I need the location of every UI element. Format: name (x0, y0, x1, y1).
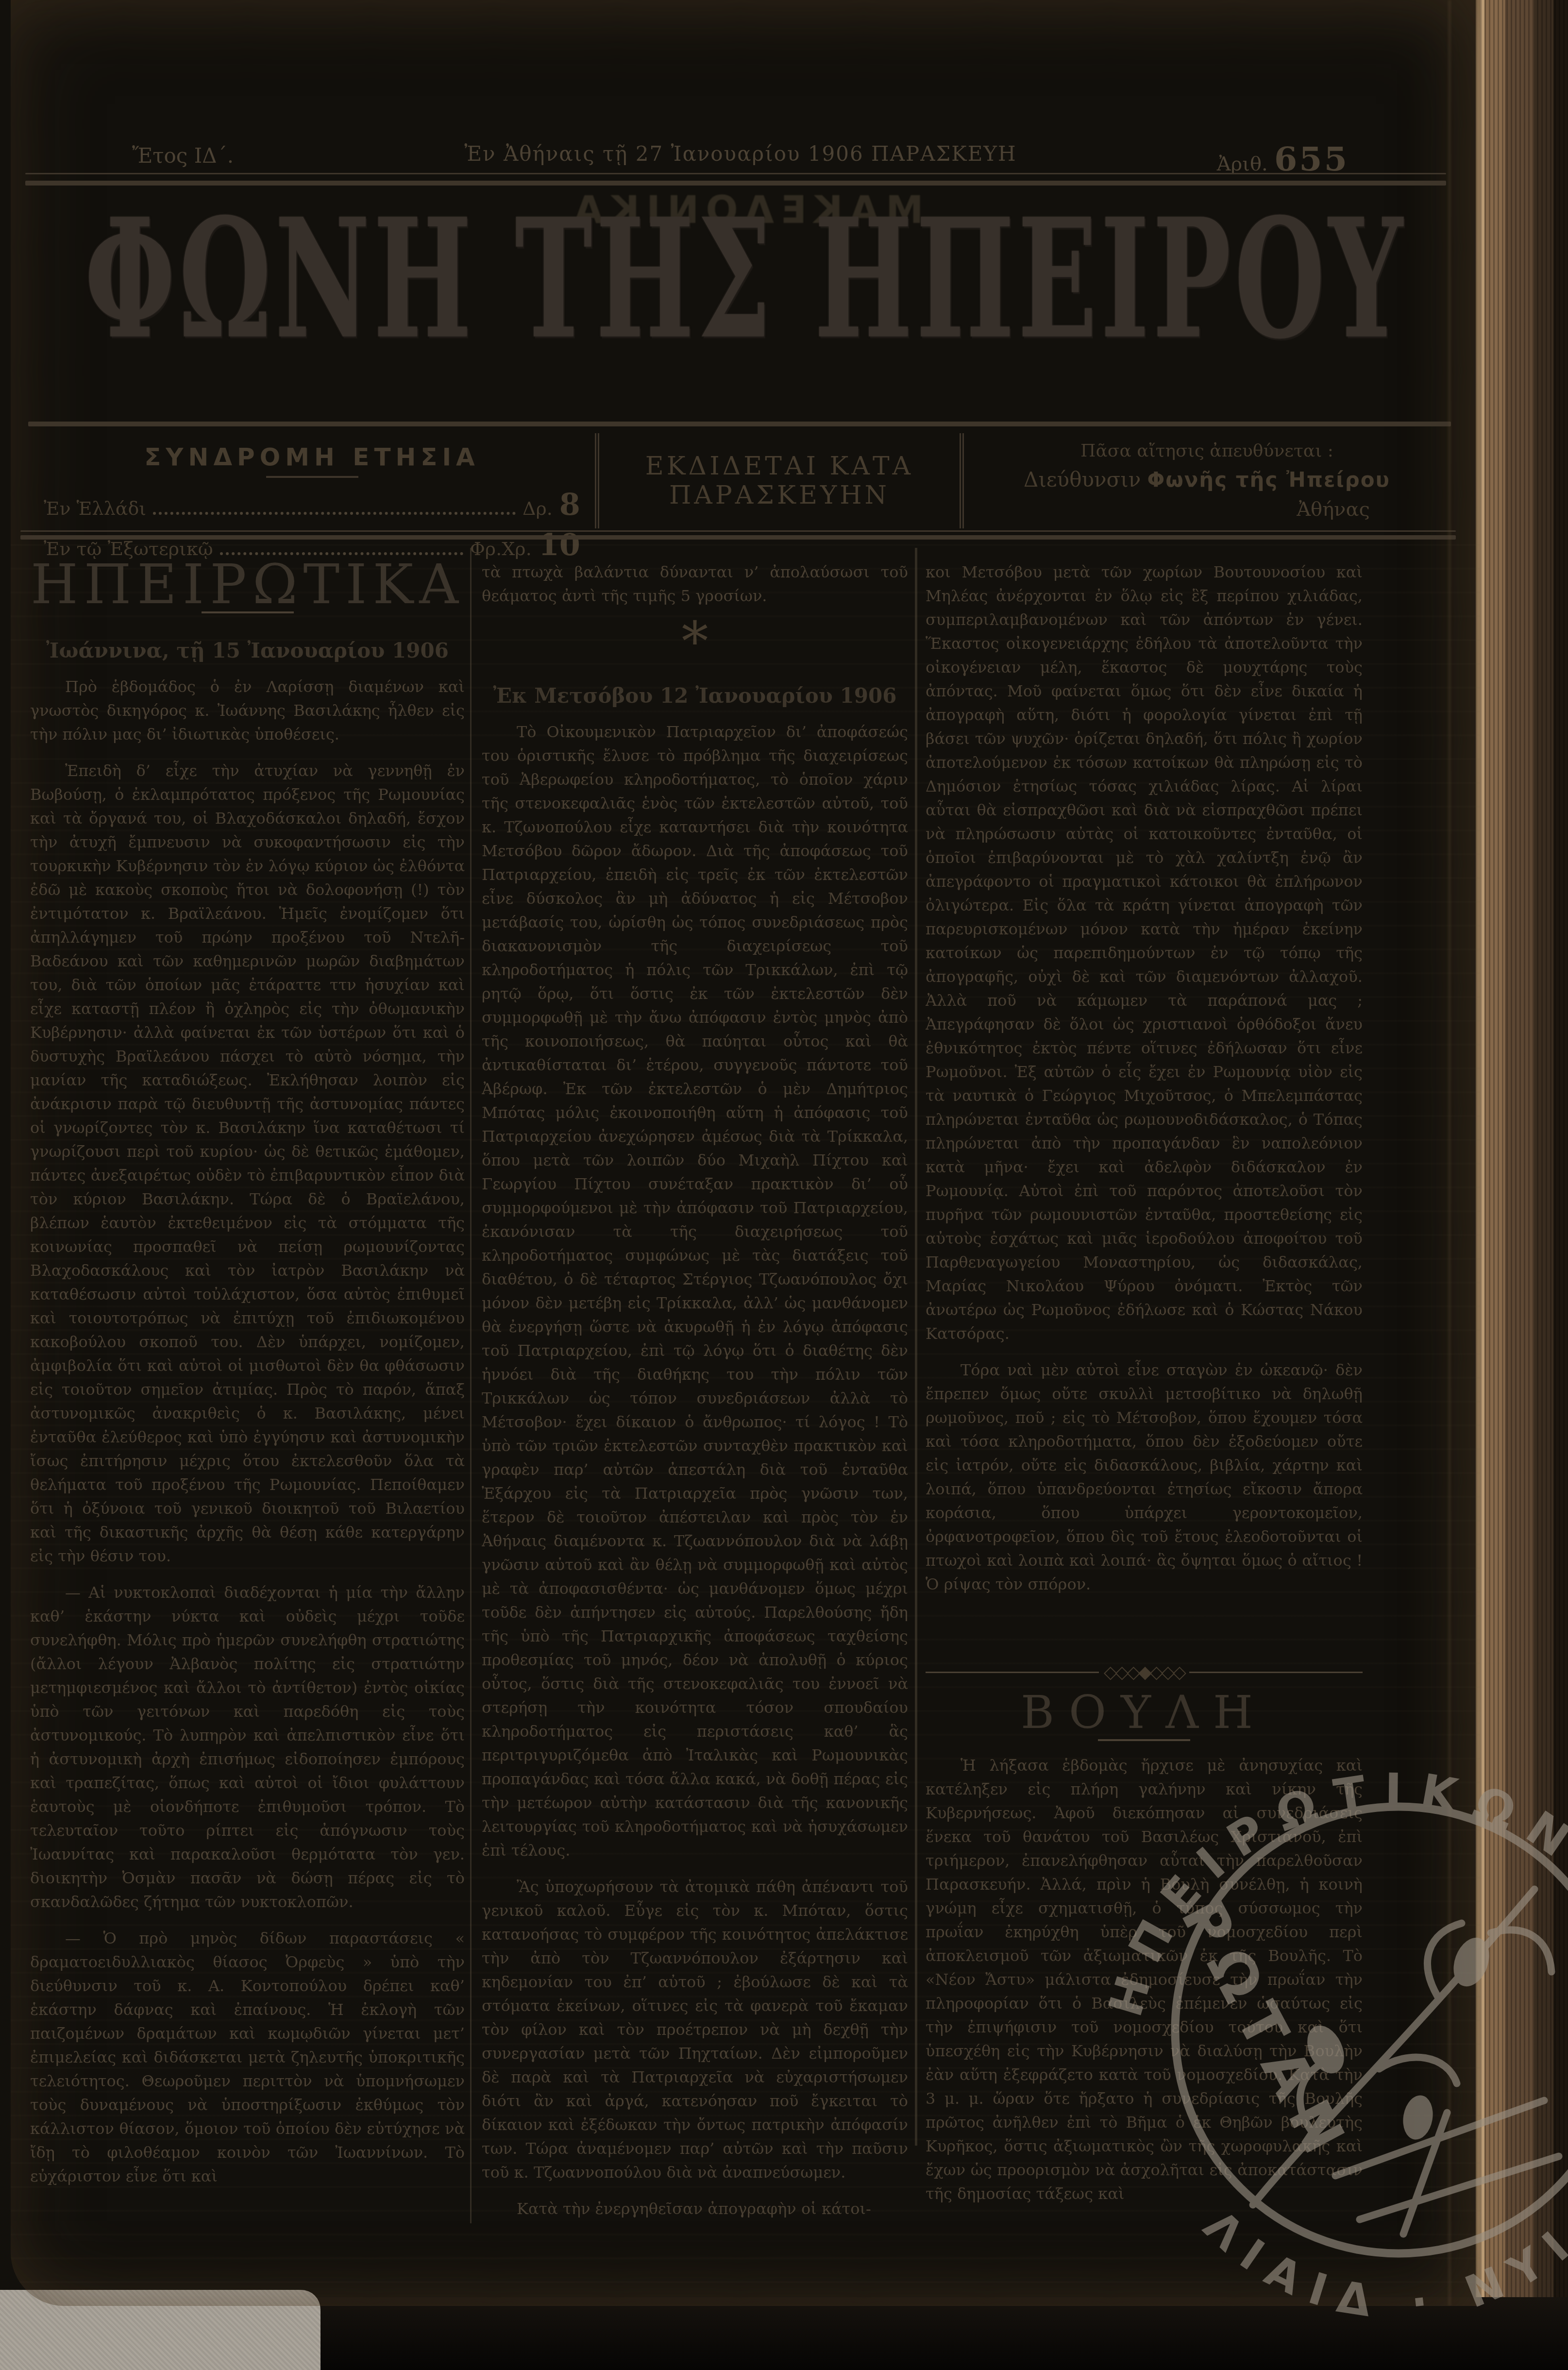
subscription-box: ΣΥΝΔΡΟΜΗ ΕΤΗΣΙΑ Ἐν Ἑλλάδι Δρ. 8 Ἐν τῷ Ἐξ… (29, 433, 595, 528)
column-1: ΗΠΕΙΡΩΤΙΚΑἸωάννινα, τῇ 15 Ἰανουαρίου 190… (30, 548, 465, 2299)
subscription-row: Ἐν Ἑλλάδι Δρ. 8 (44, 487, 580, 522)
article-heading: ΒΟΥΛΗ (926, 1701, 1363, 1725)
article-dateline: Ἰωάννινα, τῇ 15 Ἰανουαρίου 1906 (30, 639, 465, 662)
decorative-rule (266, 476, 358, 478)
subscription-title: ΣΥΝΔΡΟΜΗ ΕΤΗΣΙΑ (44, 443, 580, 471)
address-box: Πᾶσα αἴτησις ἀπευθύνεται : Διεύθυνσιν Φω… (964, 433, 1450, 528)
decorative-rule (20, 535, 1456, 540)
article-paragraph: τὰ πτωχὰ βαλάντια δύνανται ν’ ἀπολαύσωσι… (482, 560, 908, 608)
article-heading: ΗΠΕΙΡΩΤΙΚΑ (30, 573, 465, 597)
decorative-rule (25, 173, 1446, 174)
address-line-3: Ἀθήνας (978, 498, 1435, 521)
scanned-newspaper-scene: Ἔτος ΙΔ΄. Ἐν Ἀθήναις τῇ 27 Ἰανουαρίου 19… (0, 0, 1568, 2370)
book-fore-edge (1476, 0, 1568, 2370)
issue-label: Ἀριθ. (1217, 153, 1268, 175)
subscription-label: Ἐν Ἑλλάδι (44, 498, 146, 519)
decorative-rule (20, 530, 1456, 532)
article-paragraph: κοι Μετσόβου μετὰ τῶν χωρίων Βουτουνοσίο… (926, 560, 1363, 1346)
info-bar: ΣΥΝΔΡΟΜΗ ΕΤΗΣΙΑ Ἐν Ἑλλάδι Δρ. 8 Ἐν τῷ Ἐξ… (29, 433, 1450, 528)
article-columns: ΗΠΕΙΡΩΤΙΚΑἸωάννινα, τῇ 15 Ἰανουαρίου 190… (11, 548, 1480, 2306)
newspaper-page: Ἔτος ΙΔ΄. Ἐν Ἀθήναις τῇ 27 Ἰανουαρίου 19… (11, 0, 1480, 2306)
article-paragraph: — Αἱ νυκτοκλοπαὶ διαδέχονται ἡ μία τὴν ἄ… (30, 1581, 465, 1914)
article-paragraph: Τὸ Οἰκουμενικὸν Πατριαρχεῖον δι’ ἀποφάσε… (482, 720, 908, 1862)
address-line-1: Πᾶσα αἴτησις ἀπευθύνεται : (978, 441, 1435, 461)
article-paragraph: Τόρα ναὶ μὲν αὐτοὶ εἶνε σταγὼν ἐν ὠκεανῷ… (926, 1358, 1363, 1596)
masthead: ΦΩΝΗ ΤΗΣ ΗΠΕΙΡΟΥ (11, 209, 1480, 344)
top-info-line: Ἔτος ΙΔ΄. Ἐν Ἀθήναις τῇ 27 Ἰανουαρίου 19… (132, 140, 1349, 174)
published-line: ΕΚΔΙΔΕΤΑΙ ΚΑΤΑ ΠΑΡΑΣΚΕΥΗΝ (614, 452, 945, 510)
star-ornament: * (482, 625, 908, 659)
address-line-2: Διεύθυνσιν Φωνῆς τῆς Ἠπείρου (978, 468, 1435, 491)
article-paragraph: Ἐπειδὴ δ’ εἶχε τὴν ἀτυχίαν νὰ γεννηθῇ ἐν… (30, 759, 465, 1568)
address-paper-name: Φωνῆς τῆς Ἠπείρου (1147, 468, 1390, 491)
section-divider: ◇◇◇◆◇◇◇ (926, 1660, 1363, 1684)
page-crease (1448, 0, 1451, 2306)
currency-label: Δρ. (523, 498, 553, 519)
decorative-rule (28, 422, 1451, 426)
article-flow-group: κοι Μετσόβου μετὰ τῶν χωρίων Βουτουνοσίο… (926, 548, 1363, 1648)
publication-frequency-box: ΕΚΔΙΔΕΤΑΙ ΚΑΤΑ ΠΑΡΑΣΚΕΥΗΝ (595, 433, 964, 528)
column-2: τὰ πτωχὰ βαλάντια δύνανται ν’ ἀπολαύσωσι… (482, 548, 908, 2299)
date-line: Ἐν Ἀθήναις τῇ 27 Ἰανουαρίου 1906 ΠΑΡΑΣΚΕ… (132, 142, 1349, 166)
article-paragraph: — Ὁ πρὸ μηνὸς δίδων παραστάσεις « δραματ… (30, 1927, 465, 2188)
article-paragraph: Πρὸ ἑβδομάδος ὁ ἐν Λαρίσσῃ διαμένων καὶ … (30, 675, 465, 746)
article-dateline: Ἐκ Μετσόβου 12 Ἰανουαρίου 1906 (482, 684, 908, 708)
address-prefix: Διεύθυνσιν (1024, 468, 1141, 491)
column-3: κοι Μετσόβου μετὰ τῶν χωρίων Βουτουνοσίο… (926, 548, 1363, 2299)
masthead-title: ΦΩΝΗ ΤΗΣ ΗΠΕΙΡΟΥ (84, 183, 1406, 375)
article-paragraph: Κατὰ τὴν ἐνεργηθεῖσαν ἀπογραφὴν οἱ κάτοι… (482, 2197, 908, 2221)
subscription-price: 8 (559, 487, 580, 522)
article-paragraph: Ἂς ὑποχωρήσουν τὰ ἀτομικὰ πάθη ἀπέναντι … (482, 1875, 908, 2184)
article-paragraph: Ἡ λήξασα ἑβδομὰς ἤρχισε μὲ ἀνησυχίας καὶ… (926, 1754, 1363, 2206)
dot-leader (153, 512, 516, 515)
heading-rule (1098, 1739, 1190, 1741)
